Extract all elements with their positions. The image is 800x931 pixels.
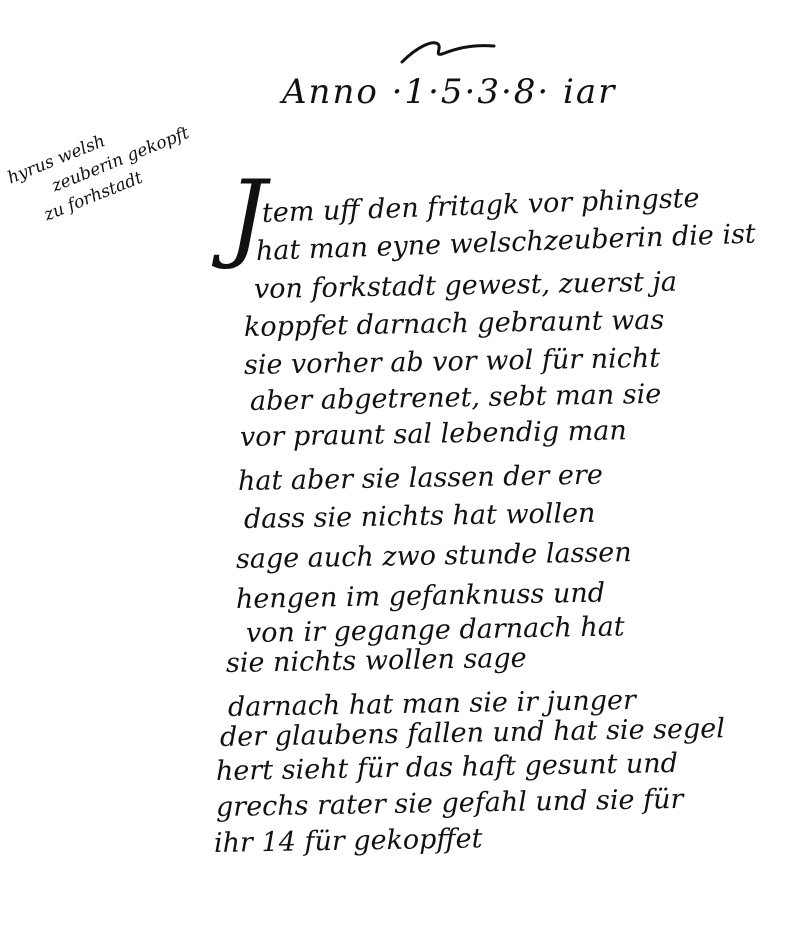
text-line: grechs rater sie gefahl und sie für (216, 784, 684, 824)
text-line: hengen im gefanknuss und (236, 578, 606, 616)
text-line: hert sieht für das haft gesunt und (216, 748, 678, 788)
text-line: sie nichts wollen sage (226, 643, 527, 680)
text-line: sie vorher ab vor wol für nicht (244, 343, 661, 382)
text-line: dass sie nichts hat wollen (244, 498, 596, 536)
text-line: hat aber sie lassen der ere (238, 460, 603, 498)
manuscript-body: tem uff den fritagk vor phingste hat man… (0, 0, 800, 931)
text-line: aber abgetrenet, sebt man sie (250, 379, 662, 418)
manuscript-page: Anno ·1·5·3·8· iar hyrus welsh zeuberin … (0, 0, 800, 931)
text-line: sage auch zwo stunde lassen (236, 537, 632, 576)
text-line: von forkstadt gewest, zuerst ja (254, 267, 677, 306)
text-line: ihr 14 für gekopffet (214, 823, 483, 860)
text-line: vor praunt sal lebendig man (240, 415, 627, 454)
text-line: koppfet darnach gebraunt was (244, 305, 665, 344)
